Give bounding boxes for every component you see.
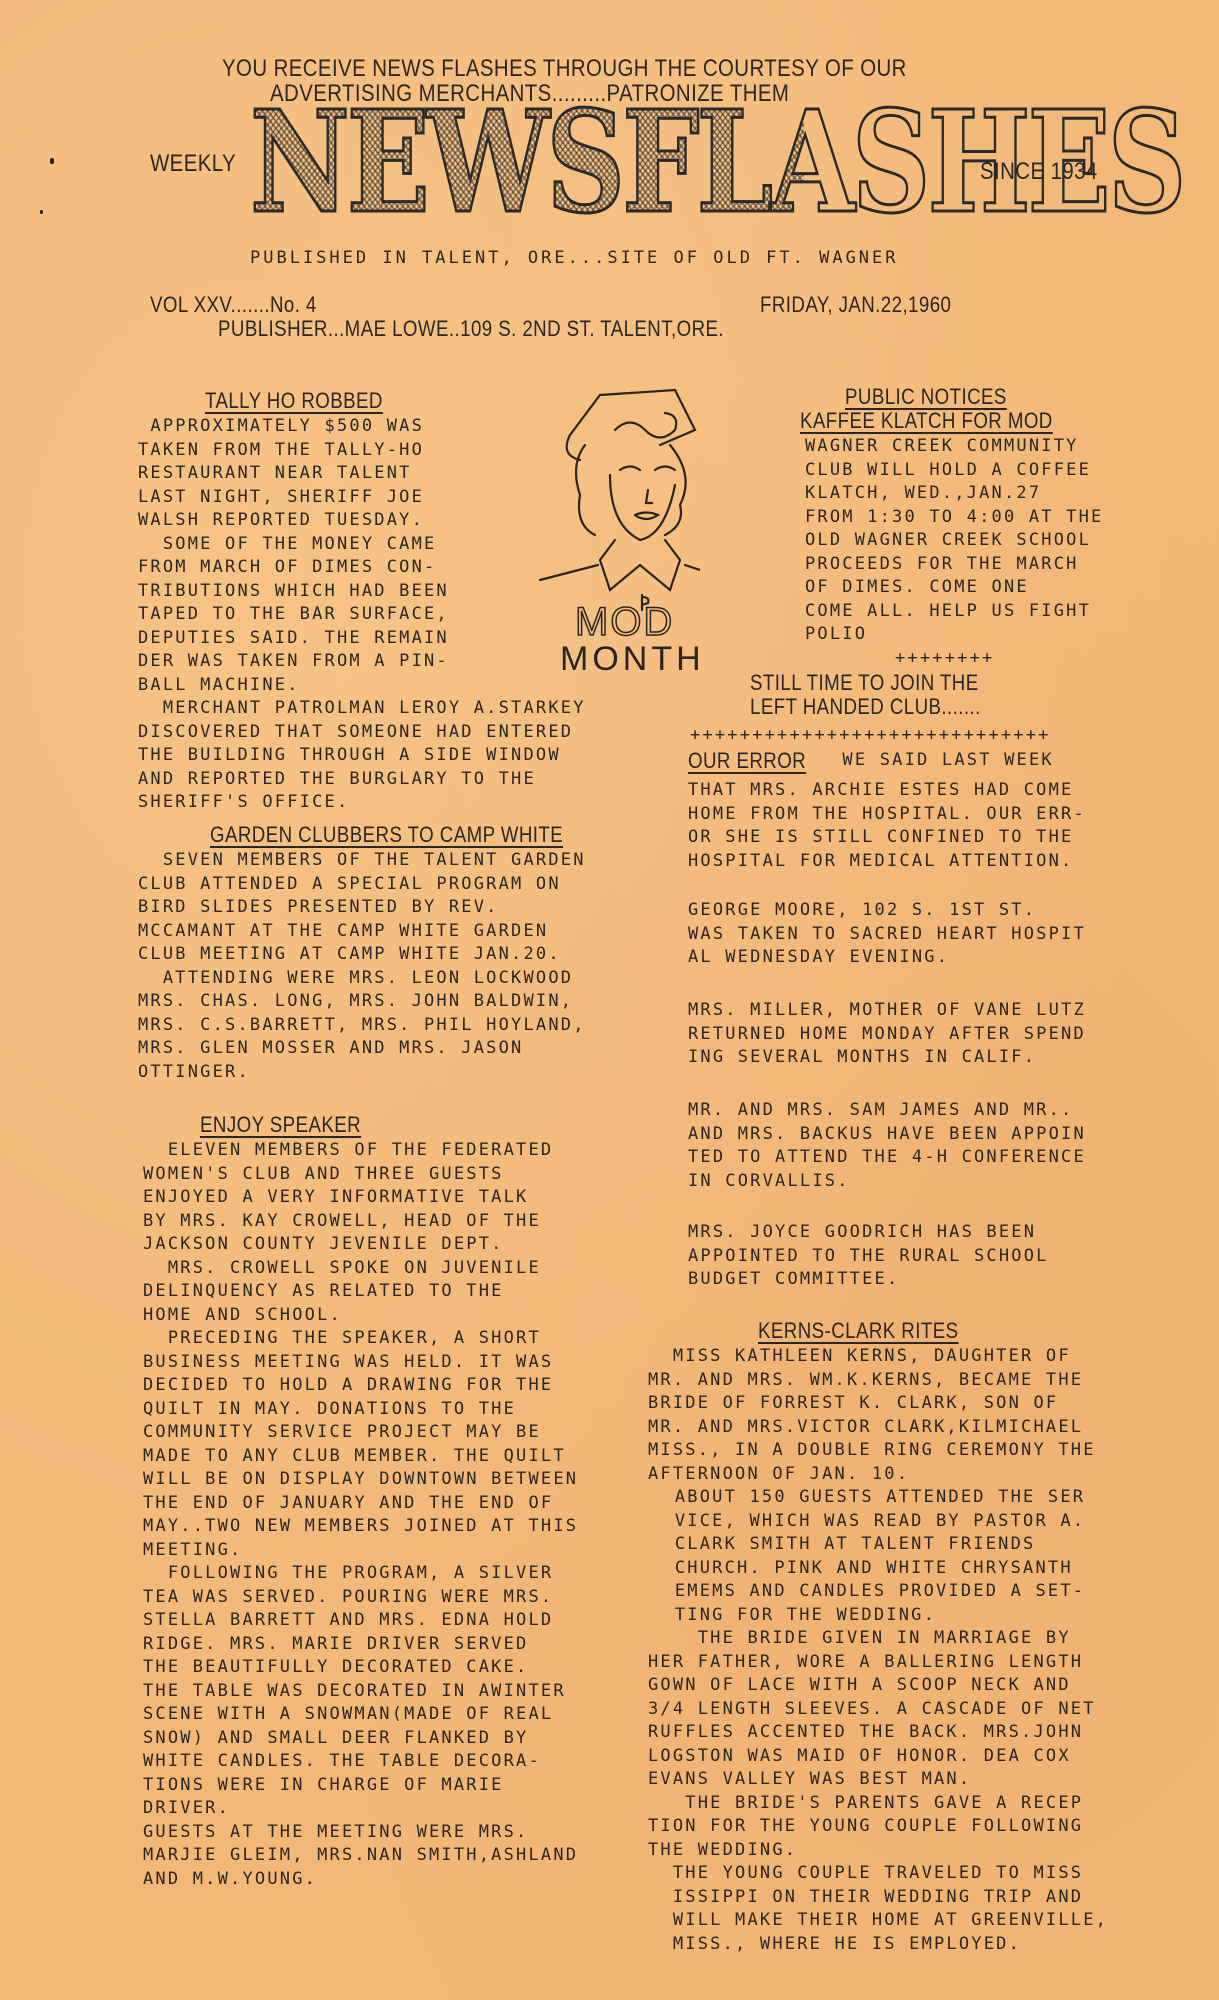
mod-caption: MOD	[575, 600, 674, 645]
our-error-first-line: WE SAID LAST WEEK	[830, 750, 1054, 770]
wedding-line: EMEMS AND CANDLES PROVIDED A SET-	[650, 1581, 1085, 1601]
issue-date: FRIDAY, JAN.22,1960	[760, 292, 951, 318]
article-line: STELLA BARRETT AND MRS. EDNA HOLD	[143, 1610, 553, 1630]
publisher-line: PUBLISHER...MAE LOWE..109 S. 2ND ST. TAL…	[218, 316, 724, 342]
article-line: TAKEN FROM THE TALLY-HO	[138, 440, 424, 460]
wedding-line: THE WEDDING.	[648, 1840, 797, 1860]
notice-line: POLIO	[805, 624, 867, 644]
article-line: RESTAURANT NEAR TALENT	[138, 463, 412, 483]
article-line: WOMEN'S CLUB AND THREE GUESTS	[143, 1164, 504, 1184]
brief-line: AND MRS. BACKUS HAVE BEEN APPOIN	[688, 1124, 1086, 1144]
brief-line: RETURNED HOME MONDAY AFTER SPEND	[688, 1024, 1086, 1044]
article-line: MRS. C.S.BARRETT, MRS. PHIL HOYLAND,	[138, 1015, 586, 1035]
article-line: TIONS WERE IN CHARGE OF MARIE	[143, 1775, 504, 1795]
article-line: THE BEAUTIFULLY DECORATED CAKE.	[143, 1657, 528, 1677]
brief-line: APPOINTED TO THE RURAL SCHOOL	[688, 1246, 1049, 1266]
article-line: FOLLOWING THE PROGRAM, A SILVER	[143, 1563, 553, 1583]
volume-number: VOL XXV.......No. 4	[150, 292, 317, 318]
wedding-line: WILL MAKE THEIR HOME AT GREENVILLE,	[648, 1910, 1108, 1930]
article-line: BIRD SLIDES PRESENTED BY REV.	[138, 897, 499, 917]
article-line: MERCHANT PATROLMAN LEROY A.STARKEY	[138, 698, 586, 718]
article-line: WHITE CANDLES. THE TABLE DECORA-	[143, 1751, 541, 1771]
brief-line: MRS. JOYCE GOODRICH HAS BEEN	[688, 1222, 1036, 1242]
brief-line: MR. AND MRS. SAM JAMES AND MR..	[688, 1100, 1073, 1120]
article-line: DER WAS TAKEN FROM A PIN-	[138, 651, 449, 671]
error-line: THAT MRS. ARCHIE ESTES HAD COME	[688, 780, 1073, 800]
wedding-line: CHURCH. PINK AND WHITE CHRYSANTH	[650, 1558, 1073, 1578]
courtesy-line-1: YOU RECEIVE NEWS FLASHES THROUGH THE COU…	[222, 55, 907, 83]
wedding-line: EVANS VALLEY WAS BEST MAN.	[648, 1769, 971, 1789]
article-line: RIDGE. MRS. MARIE DRIVER SERVED	[143, 1634, 528, 1654]
article-line: QUILT IN MAY. DONATIONS TO THE	[143, 1399, 516, 1419]
brief-line: AL WEDNESDAY EVENING.	[688, 947, 949, 967]
article-line: TAPED TO THE BAR SURFACE,	[138, 604, 449, 624]
article-line: SHERIFF'S OFFICE.	[138, 792, 349, 812]
headline-enjoy-speaker: ENJOY SPEAKER	[200, 1112, 361, 1138]
article-line: SOME OF THE MONEY CAME	[138, 534, 436, 554]
article-line: FROM MARCH OF DIMES CON-	[138, 557, 436, 577]
article-line: PRECEDING THE SPEAKER, A SHORT	[143, 1328, 541, 1348]
article-line: MRS. CHAS. LONG, MRS. JOHN BALDWIN,	[138, 991, 573, 1011]
article-line: GUESTS AT THE MEETING WERE MRS.	[143, 1822, 528, 1842]
article-line: MEETING.	[143, 1540, 242, 1560]
wedding-line: ISSIPPI ON THEIR WEDDING TRIP AND	[648, 1887, 1083, 1907]
article-line: DELINQUENCY AS RELATED TO THE	[143, 1281, 504, 1301]
brief-line: GEORGE MOORE, 102 S. 1ST ST.	[688, 900, 1036, 920]
error-line: HOME FROM THE HOSPITAL. OUR ERR-	[688, 804, 1086, 824]
article-line: THE BUILDING THROUGH A SIDE WINDOW	[138, 745, 561, 765]
article-line: SNOW) AND SMALL DEER FLANKED BY	[143, 1728, 528, 1748]
weekly-tag: WEEKLY	[150, 150, 236, 178]
divider-long: +++++++++++++++++++++++++++++	[690, 725, 1051, 745]
our-error-label: OUR ERROR	[688, 748, 806, 774]
article-line: SCENE WITH A SNOWMAN(MADE OF REAL	[143, 1704, 553, 1724]
article-line: OTTINGER.	[138, 1062, 250, 1082]
masthead-title: NEWSFLASHES	[250, 88, 804, 238]
article-line: JACKSON COUNTY JEVENILE DEPT.	[143, 1234, 504, 1254]
subhead-kaffee-klatch: KAFFEE KLATCH FOR MOD	[800, 408, 1053, 434]
article-line: DISCOVERED THAT SOMEONE HAD ENTERED	[138, 722, 573, 742]
wedding-line: RUFFLES ACCENTED THE BACK. MRS.JOHN	[648, 1722, 1083, 1742]
article-line: WILL BE ON DISPLAY DOWNTOWN BETWEEN	[143, 1469, 578, 1489]
wedding-line: MISS., WHERE HE IS EMPLOYED.	[648, 1934, 1021, 1954]
notice-line: WAGNER CREEK COMMUNITY	[805, 436, 1079, 456]
headline-kerns-clark-rites: KERNS-CLARK RITES	[758, 1318, 959, 1344]
wedding-line: MR. AND MRS. WM.K.KERNS, BECAME THE	[648, 1370, 1083, 1390]
notice-line: KLATCH, WED.,JAN.27	[805, 483, 1041, 503]
brief-line: MRS. MILLER, MOTHER OF VANE LUTZ	[688, 1000, 1086, 1020]
article-line: APPROXIMATELY $500 WAS	[138, 416, 424, 436]
wedding-line: MISS KATHLEEN KERNS, DAUGHTER OF	[648, 1346, 1071, 1366]
headline-public-notices: PUBLIC NOTICES	[845, 384, 1007, 410]
notice-line: CLUB WILL HOLD A COFFEE	[805, 460, 1091, 480]
article-line: DRIVER.	[143, 1798, 230, 1818]
article-line: THE END OF JANUARY AND THE END OF	[143, 1493, 553, 1513]
error-line: OR SHE IS STILL CONFINED TO THE	[688, 827, 1073, 847]
brief-line: ING SEVERAL MONTHS IN CALIF.	[688, 1047, 1036, 1067]
since-tag: SINCE 1934	[980, 158, 1098, 186]
article-line: ELEVEN MEMBERS OF THE FEDERATED	[143, 1140, 553, 1160]
article-line: ENJOYED A VERY INFORMATIVE TALK	[143, 1187, 528, 1207]
wedding-line: TION FOR THE YOUNG COUPLE FOLLOWING	[648, 1816, 1083, 1836]
article-line: AND M.W.YOUNG.	[143, 1869, 317, 1889]
article-line: SEVEN MEMBERS OF THE TALENT GARDEN	[138, 850, 586, 870]
article-line: ATTENDING WERE MRS. LEON LOCKWOOD	[138, 968, 573, 988]
article-line: WALSH REPORTED TUESDAY.	[138, 510, 424, 530]
brief-line: IN CORVALLIS.	[688, 1171, 850, 1191]
wedding-line: LOGSTON WAS MAID OF HONOR. DEA COX	[648, 1746, 1071, 1766]
notice-line: FROM 1:30 TO 4:00 AT THE	[805, 507, 1103, 527]
notice-line: OLD WAGNER CREEK SCHOOL	[805, 530, 1091, 550]
wedding-line: THE BRIDE GIVEN IN MARRIAGE BY	[648, 1628, 1071, 1648]
wedding-line: MISS., IN A DOUBLE RING CEREMONY THE	[648, 1440, 1096, 1460]
wedding-line: MR. AND MRS.VICTOR CLARK,KILMICHAEL	[648, 1417, 1083, 1437]
wedding-line: TING FOR THE WEDDING.	[650, 1605, 936, 1625]
wedding-line: VICE, WHICH WAS READ BY PASTOR A.	[650, 1511, 1085, 1531]
notice-line: OF DIMES. COME ONE	[805, 577, 1029, 597]
nurse-portrait-icon	[520, 375, 700, 625]
wedding-line: AFTERNOON OF JAN. 10.	[648, 1464, 909, 1484]
article-line: DECIDED TO HOLD A DRAWING FOR THE	[143, 1375, 553, 1395]
wedding-line: 3/4 LENGTH SLEEVES. A CASCADE OF NET	[648, 1699, 1096, 1719]
wedding-line: HER FATHER, WORE A BALLERING LENGTH	[648, 1652, 1083, 1672]
brief-line: TED TO ATTEND THE 4-H CONFERENCE	[688, 1147, 1086, 1167]
article-line: MRS. CROWELL SPOKE ON JUVENILE	[143, 1258, 541, 1278]
article-line: CLUB MEETING AT CAMP WHITE JAN.20.	[138, 944, 561, 964]
headline-tally-ho: TALLY HO ROBBED	[205, 388, 383, 414]
article-line: BUSINESS MEETING WAS HELD. IT WAS	[143, 1352, 553, 1372]
wedding-line: THE BRIDE'S PARENTS GAVE A RECEP	[648, 1793, 1083, 1813]
wedding-line: BRIDE OF FORREST K. CLARK, SON OF	[648, 1393, 1058, 1413]
wedding-line: THE YOUNG COUPLE TRAVELED TO MISS	[648, 1863, 1083, 1883]
left-handed-club-line-1: STILL TIME TO JOIN THE	[750, 670, 979, 696]
error-line: HOSPITAL FOR MEDICAL ATTENTION.	[688, 851, 1073, 871]
published-line: PUBLISHED IN TALENT, ORE...SITE OF OLD F…	[250, 248, 899, 268]
article-line: BALL MACHINE.	[138, 675, 300, 695]
article-line: MAY..TWO NEW MEMBERS JOINED AT THIS	[143, 1516, 578, 1536]
article-line: AND REPORTED THE BURGLARY TO THE	[138, 769, 536, 789]
ink-speck	[40, 210, 43, 214]
left-handed-club-line-2: LEFT HANDED CLUB.......	[750, 694, 981, 720]
article-line: HOME AND SCHOOL.	[143, 1305, 342, 1325]
article-line: MARJIE GLEIM, MRS.NAN SMITH,ASHLAND	[143, 1845, 578, 1865]
article-line: CLUB ATTENDED A SPECIAL PROGRAM ON	[138, 874, 561, 894]
brief-line: BUDGET COMMITTEE.	[688, 1269, 899, 1289]
divider-short: ++++++++	[895, 648, 994, 668]
notice-line: PROCEEDS FOR THE MARCH	[805, 554, 1079, 574]
article-line: MCCAMANT AT THE CAMP WHITE GARDEN	[138, 921, 548, 941]
month-caption: MONTH	[560, 640, 705, 679]
article-line: THE TABLE WAS DECORATED IN AWINTER	[143, 1681, 566, 1701]
wedding-line: ABOUT 150 GUESTS ATTENDED THE SER	[650, 1487, 1085, 1507]
wedding-line: GOWN OF LACE WITH A SCOOP NECK AND	[648, 1675, 1071, 1695]
article-line: COMMUNITY SERVICE PROJECT MAY BE	[143, 1422, 541, 1442]
article-line: TRIBUTIONS WHICH HAD BEEN	[138, 581, 449, 601]
article-line: BY MRS. KAY CROWELL, HEAD OF THE	[143, 1211, 541, 1231]
article-line: LAST NIGHT, SHERIFF JOE	[138, 487, 424, 507]
brief-line: WAS TAKEN TO SACRED HEART HOSPIT	[688, 924, 1086, 944]
article-line: MRS. GLEN MOSSER AND MRS. JASON	[138, 1038, 523, 1058]
notice-line: COME ALL. HELP US FIGHT	[805, 601, 1091, 621]
wedding-line: CLARK SMITH AT TALENT FRIENDS	[650, 1534, 1035, 1554]
ink-speck	[50, 158, 54, 164]
article-line: TEA WAS SERVED. POURING WERE MRS.	[143, 1587, 553, 1607]
article-line: DEPUTIES SAID. THE REMAIN	[138, 628, 449, 648]
article-line: MADE TO ANY CLUB MEMBER. THE QUILT	[143, 1446, 566, 1466]
headline-garden-clubbers: GARDEN CLUBBERS TO CAMP WHITE	[210, 822, 563, 848]
